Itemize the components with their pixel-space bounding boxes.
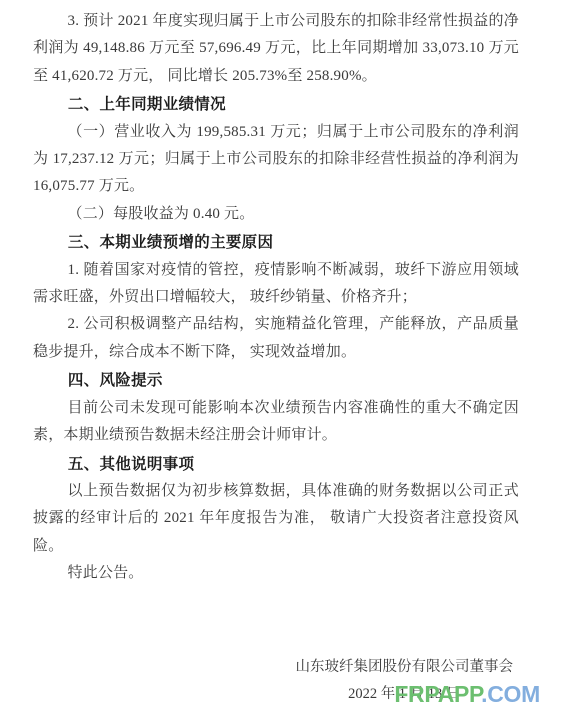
para-hereby-announced: 特此公告。 xyxy=(33,560,519,587)
para-eps: （二）每股收益为 0.40 元。 xyxy=(33,201,519,228)
watermark: FRPAPP.COM xyxy=(394,681,540,708)
announcement-document: 3. 预计 2021 年度实现归属于上市公司股东的扣除非经常性损益的净利润为 4… xyxy=(0,0,563,720)
para-prior-year-figures: （一）营业收入为 199,585.31 万元；归属于上市公司股东的净利润为 17… xyxy=(33,119,519,201)
document-body: 3. 预计 2021 年度实现归属于上市公司股东的扣除非经常性损益的净利润为 4… xyxy=(33,8,519,708)
watermark-site-tld: .COM xyxy=(481,681,540,707)
watermark-site-name: FRPAPP xyxy=(394,681,481,707)
para-reason-1: 1. 随着国家对疫情的管控，疫情影响不断减弱，玻纤下游应用领域需求旺盛，外贸出口… xyxy=(33,257,519,312)
heading-increase-reasons: 三、本期业绩预增的主要原因 xyxy=(33,229,519,256)
heading-prior-year-results: 二、上年同期业绩情况 xyxy=(33,91,519,118)
heading-risk-notice: 四、风险提示 xyxy=(33,367,519,394)
para-risk-statement: 目前公司未发现可能影响本次业绩预告内容准确性的重大不确定因素，本期业绩预告数据未… xyxy=(33,395,519,450)
para-reason-2: 2. 公司积极调整产品结构，实施精益化管理，产能释放，产品质量稳步提升，综合成本… xyxy=(33,311,519,366)
para-deducted-net-profit-forecast: 3. 预计 2021 年度实现归属于上市公司股东的扣除非经常性损益的净利润为 4… xyxy=(33,8,519,90)
signature-company: 山东玻纤集团股份有限公司董事会 xyxy=(296,654,514,681)
para-other-statement: 以上预告数据仅为初步核算数据，具体准确的财务数据以公司正式披露的经审计后的 20… xyxy=(33,478,519,560)
heading-other-notes: 五、其他说明事项 xyxy=(33,451,519,478)
